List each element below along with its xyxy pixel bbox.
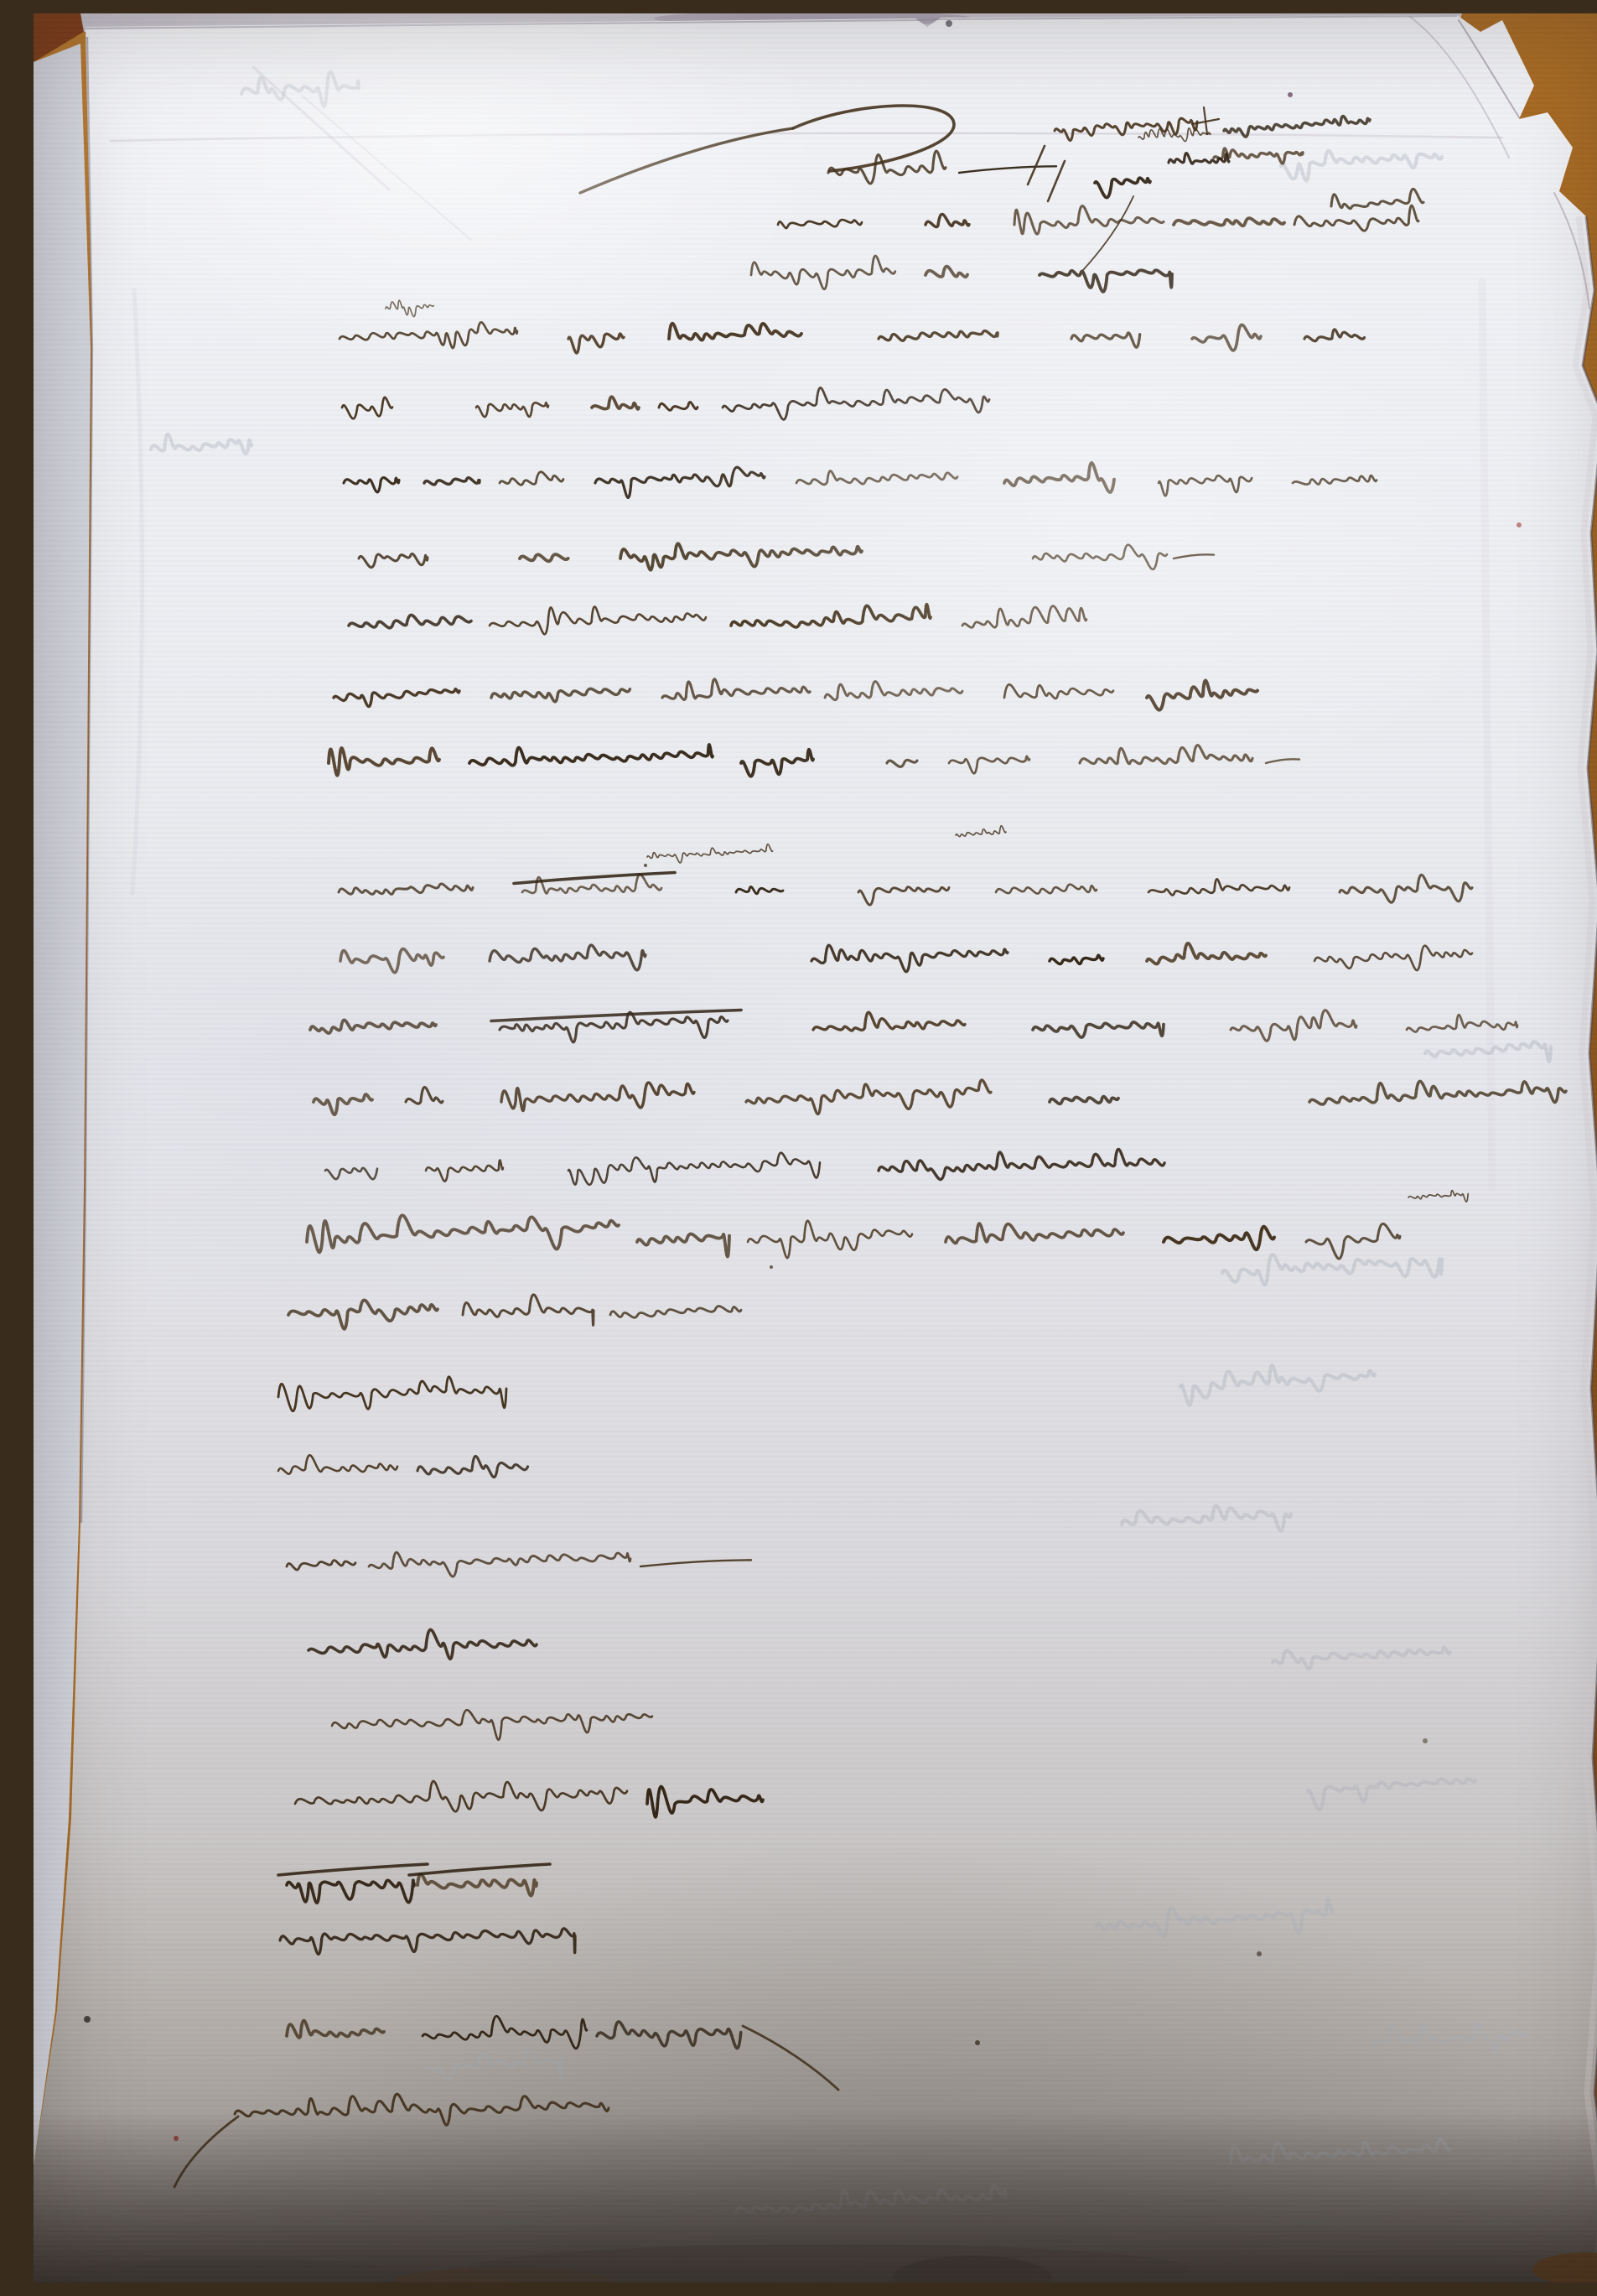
paper-sheet <box>34 15 1597 2283</box>
manuscript-scene <box>34 13 1597 2283</box>
manuscript-photo: Photograph of an early-modern (16th-17th… <box>34 13 1597 2283</box>
